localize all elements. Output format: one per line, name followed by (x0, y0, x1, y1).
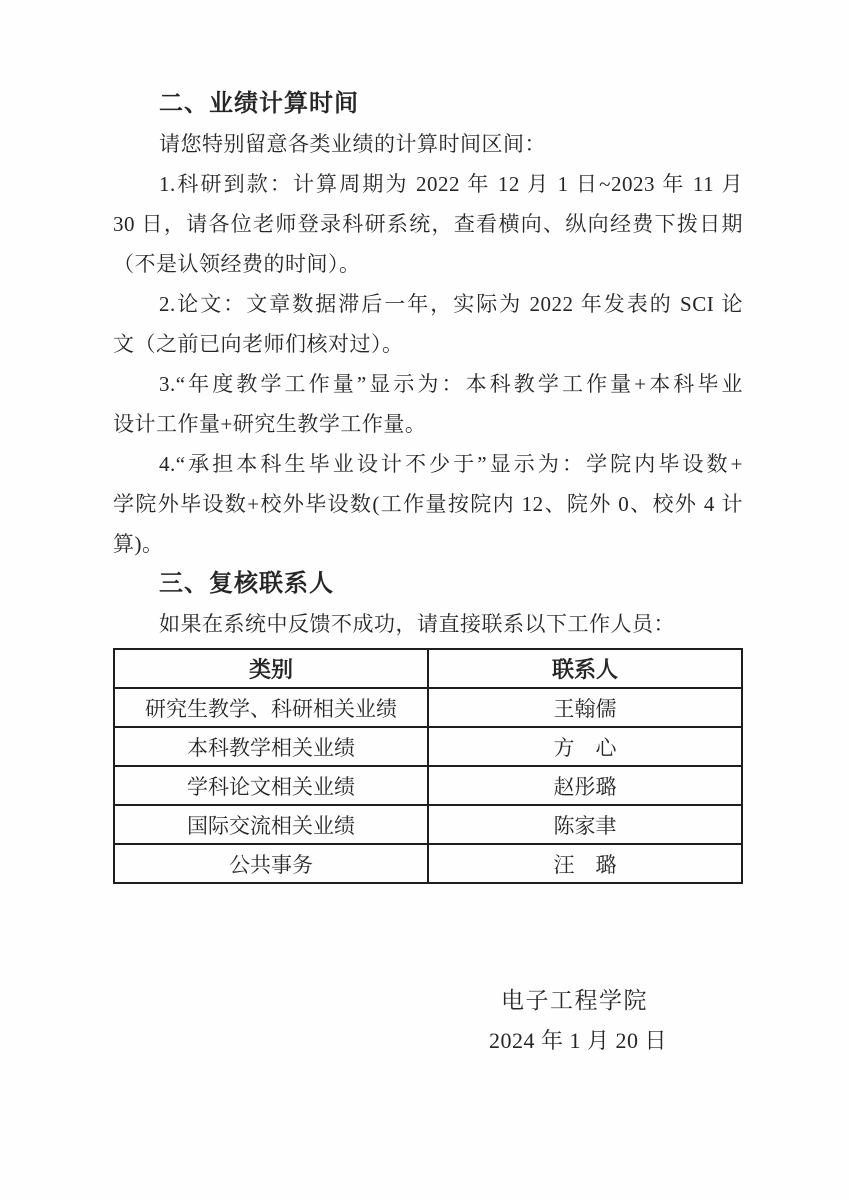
table-row: 本科教学相关业绩方 心 (114, 727, 742, 766)
table-row: 研究生教学、科研相关业绩王翰儒 (114, 688, 742, 727)
contact-table-header-row: 类别 联系人 (114, 649, 742, 688)
contact-cell: 陈家聿 (428, 805, 742, 844)
contact-table-header-category: 类别 (114, 649, 428, 688)
category-cell: 学科论文相关业绩 (114, 766, 428, 805)
contact-cell: 汪 璐 (428, 844, 742, 883)
paragraph-line: 2.论文：文章数据滞后一年，实际为 2022 年发表的 SCI 论 (113, 284, 743, 324)
document-body: 二、业绩计算时间请您特别留意各类业绩的计算时间区间：1.科研到款：计算周期为 2… (113, 84, 743, 644)
contact-cell: 方 心 (428, 727, 742, 766)
contact-table-body: 研究生教学、科研相关业绩王翰儒本科教学相关业绩方 心学科论文相关业绩赵彤璐国际交… (114, 688, 742, 883)
table-row: 国际交流相关业绩陈家聿 (114, 805, 742, 844)
paragraph-line: 30 日，请各位老师登录科研系统，查看横向、纵向经费下拨日期 (113, 204, 743, 244)
paragraph-line: 请您特别留意各类业绩的计算时间区间： (113, 124, 743, 164)
paragraph-line: 文（之前已向老师们核对过）。 (113, 324, 743, 364)
section-heading: 三、复核联系人 (113, 564, 743, 604)
paragraph-line: （不是认领经费的时间）。 (113, 244, 743, 284)
contact-cell: 王翰儒 (428, 688, 742, 727)
contact-cell: 赵彤璐 (428, 766, 742, 805)
signature-organization: 电子工程学院 (501, 982, 648, 1015)
paragraph-line: 设计工作量+研究生教学工作量。 (113, 404, 743, 444)
table-row: 公共事务汪 璐 (114, 844, 742, 883)
paragraph-line: 算)。 (113, 524, 743, 564)
signature-date: 2024 年 1 月 20 日 (489, 1024, 667, 1055)
document-page: 二、业绩计算时间请您特别留意各类业绩的计算时间区间：1.科研到款：计算周期为 2… (0, 0, 849, 1200)
contact-table: 类别 联系人 研究生教学、科研相关业绩王翰儒本科教学相关业绩方 心学科论文相关业… (113, 648, 743, 884)
paragraph-line: 1.科研到款：计算周期为 2022 年 12 月 1 日~2023 年 11 月 (113, 164, 743, 204)
document-content: 二、业绩计算时间请您特别留意各类业绩的计算时间区间：1.科研到款：计算周期为 2… (113, 84, 743, 884)
category-cell: 研究生教学、科研相关业绩 (114, 688, 428, 727)
table-row: 学科论文相关业绩赵彤璐 (114, 766, 742, 805)
category-cell: 国际交流相关业绩 (114, 805, 428, 844)
category-cell: 本科教学相关业绩 (114, 727, 428, 766)
paragraph-line: 学院外毕设数+校外毕设数(工作量按院内 12、院外 0、校外 4 计 (113, 484, 743, 524)
paragraph-line: 3.“年度教学工作量”显示为：本科教学工作量+本科毕业 (113, 364, 743, 404)
contact-table-header-contact: 联系人 (428, 649, 742, 688)
category-cell: 公共事务 (114, 844, 428, 883)
paragraph-line: 如果在系统中反馈不成功，请直接联系以下工作人员： (113, 604, 743, 644)
section-heading: 二、业绩计算时间 (113, 84, 743, 124)
paragraph-line: 4.“承担本科生毕业设计不少于”显示为：学院内毕设数+ (113, 444, 743, 484)
